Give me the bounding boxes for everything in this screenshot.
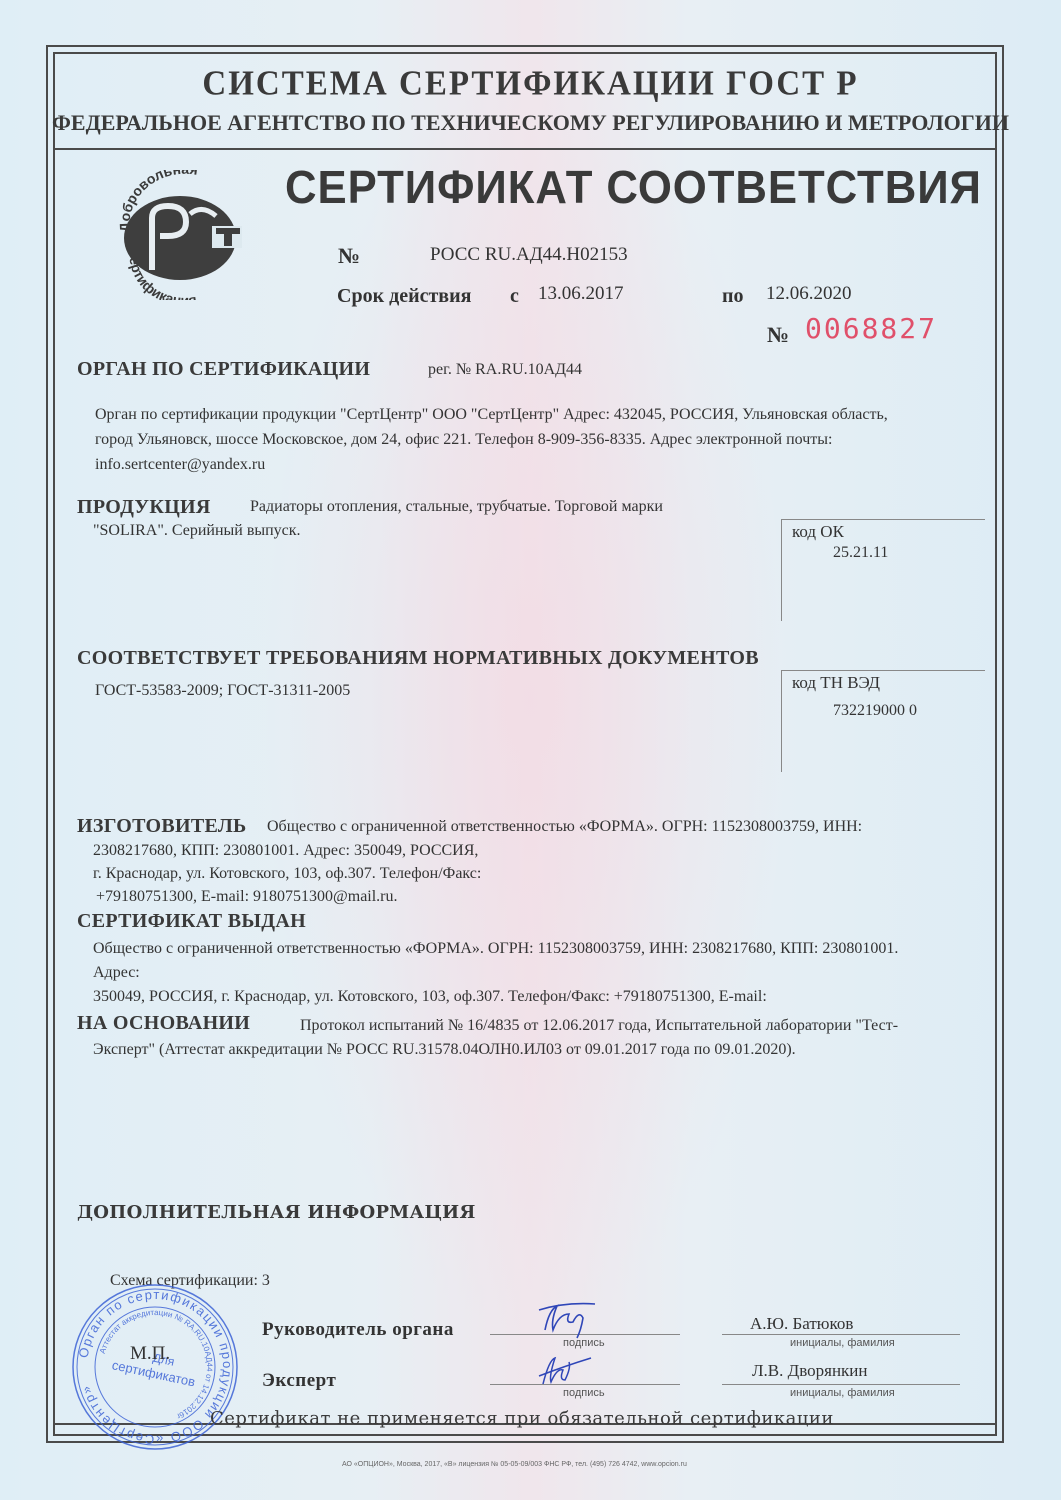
expert-name-line [722,1384,960,1385]
expert-name-caption: инициалы, фамилия [790,1387,895,1399]
seal-mark-label: М.П. [130,1343,170,1365]
issued-to-line: Адрес: [93,960,140,985]
additional-info-heading: ДОПОЛНИТЕЛЬНАЯ ИНФОРМАЦИЯ [77,1202,476,1223]
head-name-line [722,1334,960,1335]
manufacturer-line: Общество с ограниченной ответственностью… [267,814,862,839]
blank-number: 0068827 [805,312,937,345]
basis-line: Эксперт" (Аттестат аккредитации № РОСС R… [93,1037,796,1062]
compliance-heading: СООТВЕТСТВУЕТ ТРЕБОВАНИЯМ НОРМАТИВНЫХ ДО… [77,647,759,670]
certification-body-reg-number: рег. № RA.RU.10АД44 [428,357,582,382]
standards-list: ГОСТ-53583-2009; ГОСТ-31311-2005 [95,678,350,703]
rst-logo-icon: Добровольная сертификация [112,170,252,300]
tnved-code-value: 732219000 0 [833,702,917,720]
certificate-title: СЕРТИФИКАТ СООТВЕТСТВИЯ [285,160,982,214]
printer-imprint: АО «ОПЦИОН», Москва, 2017, «В» лицензия … [342,1461,687,1468]
valid-to-date: 12.06.2020 [766,283,852,305]
blank-number-sign: № [767,322,789,348]
expert-signature-icon [535,1350,595,1390]
validity-from-label: с [510,285,519,308]
certificate-number: РОСС RU.АД44.Н02153 [430,244,628,266]
valid-from-date: 13.06.2017 [538,283,624,305]
issued-to-heading: СЕРТИФИКАТ ВЫДАН [77,910,306,933]
head-name-caption: инициалы, фамилия [790,1337,895,1349]
issued-to-line: 350049, РОССИЯ, г. Краснодар, ул. Котовс… [93,984,767,1009]
certification-body-line: город Ульяновск, шоссе Московское, дом 2… [95,427,832,452]
manufacturer-contacts: +79180751300, E-mail: 9180751300@mail.ru… [96,884,398,909]
certification-body-heading: ОРГАН ПО СЕРТИФИКАЦИИ [77,358,370,381]
basis-heading: НА ОСНОВАНИИ [77,1012,250,1035]
head-name: А.Ю. Батюков [750,1314,853,1334]
issued-to-line: Общество с ограниченной ответственностью… [93,936,898,961]
voluntary-note: Сертификат не применяется при обязательн… [210,1408,834,1429]
ok-code-label: код ОК [792,522,844,542]
product-heading: ПРОДУКЦИЯ [77,496,211,519]
head-signature-icon [535,1300,605,1340]
product-description: Радиаторы отопления, стальные, трубчатые… [250,494,663,519]
validity-to-label: по [722,285,744,308]
expert-label: Эксперт [262,1370,336,1392]
agency-name: ФЕДЕРАЛЬНОЕ АГЕНТСТВО ПО ТЕХНИЧЕСКОМУ РЕ… [0,110,1061,136]
manufacturer-line: 2308217680, КПП: 230801001. Адрес: 35004… [93,838,478,863]
head-of-body-label: Руководитель органа [262,1319,454,1341]
validity-label: Срок действия [337,285,471,308]
number-sign: № [338,243,360,269]
certification-body-line: Орган по сертификации продукции "СертЦен… [95,402,888,427]
header-divider [53,148,997,150]
manufacturer-heading: ИЗГОТОВИТЕЛЬ [77,815,247,838]
certification-body-email: info.sertcenter@yandex.ru [95,452,265,477]
manufacturer-line: г. Краснодар, ул. Котовского, 103, оф.30… [93,861,481,886]
product-description-cont: "SOLIRA". Серийный выпуск. [93,518,301,543]
basis-line: Протокол испытаний № 16/4835 от 12.06.20… [300,1013,898,1038]
tnved-code-label: код ТН ВЭД [792,673,880,693]
system-title: СИСТЕМА СЕРТИФИКАЦИИ ГОСТ Р [0,65,1061,104]
expert-name: Л.В. Дворянкин [752,1361,868,1381]
ok-code-value: 25.21.11 [833,544,888,562]
